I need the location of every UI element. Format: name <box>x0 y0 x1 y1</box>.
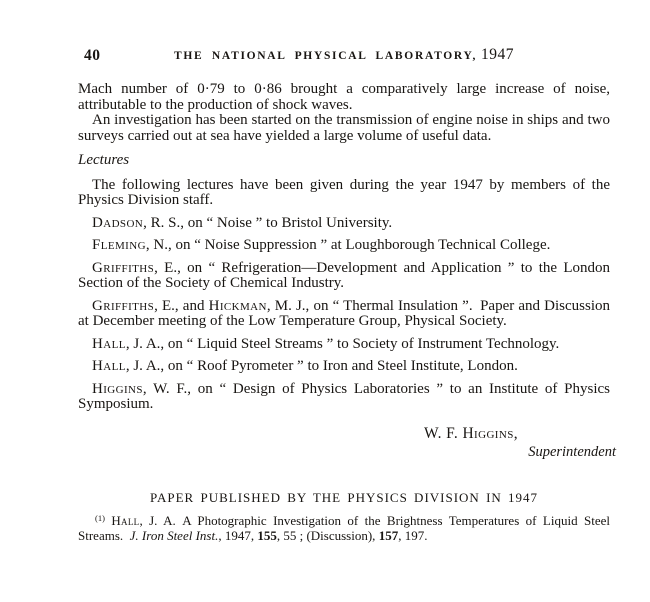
lecturer-name: Hickman <box>209 298 267 314</box>
reference-text: , 197. <box>398 528 427 543</box>
reference-text: , 55 ; (Discussion), <box>277 528 379 543</box>
lecture-item-hall-roof-pyrometer: Hall, J. A., on “ Roof Pyrometer ” to Ir… <box>78 359 610 375</box>
papers-section-heading: PAPER PUBLISHED BY THE PHYSICS DIVISION … <box>78 490 610 506</box>
lecturer-name: Griffiths <box>92 298 154 314</box>
lecturer-name: Fleming <box>92 237 146 253</box>
lecture-text: , J. A., on “ Liquid Steel Streams ” to … <box>126 336 559 352</box>
lecture-text: , E., on “ Refrigeration—Development and… <box>78 260 610 292</box>
lecture-item-fleming: Fleming, N., on “ Noise Suppression ” at… <box>78 238 610 254</box>
lectures-heading: Lectures <box>78 153 610 169</box>
running-title: THE NATIONAL PHYSICAL LABORATORY,1947 <box>78 46 610 64</box>
paper-reference: (1) Hall, J. A. A Photographic Investiga… <box>78 511 610 543</box>
lecturer-name: Griffiths <box>92 260 154 276</box>
author-name: Hall <box>111 513 139 528</box>
lecture-item-griffiths-refrigeration: Griffiths, E., on “ Refrigeration—Develo… <box>78 261 610 292</box>
running-title-year: 1947 <box>481 46 514 63</box>
signature-name: W. F. Higgins, <box>78 426 518 442</box>
volume-number: 155 <box>257 528 277 543</box>
lecture-text: , J. A., on “ Roof Pyrometer ” to Iron a… <box>126 358 518 374</box>
lecturer-name: Higgins <box>92 381 143 397</box>
page-number: 40 <box>84 47 101 65</box>
signature-role: Superintendent <box>78 445 616 461</box>
lecturer-name: Hall <box>92 336 126 352</box>
paragraph-mach-number: Mach number of 0·79 to 0·86 brought a co… <box>78 82 610 113</box>
lecturer-name: Dadson <box>92 215 143 231</box>
lecture-text: , N., on “ Noise Suppression ” at Loughb… <box>146 237 550 253</box>
lectures-intro: The following lectures have been given d… <box>78 178 610 209</box>
running-head: 40 THE NATIONAL PHYSICAL LABORATORY,1947 <box>78 46 610 66</box>
lecture-item-hall-liquid-steel: Hall, J. A., on “ Liquid Steel Streams ”… <box>78 337 610 353</box>
lecture-text: , R. S., on “ Noise ” to Bristol Univers… <box>143 215 392 231</box>
lecturer-name: Hall <box>92 358 126 374</box>
journal-name: J. Iron Steel Inst. <box>130 528 219 543</box>
running-title-text: THE NATIONAL PHYSICAL LABORATORY, <box>174 50 477 62</box>
lecture-item-higgins: Higgins, W. F., on “ Design of Physics L… <box>78 382 610 413</box>
signature-block: W. F. Higgins, Superintendent <box>78 426 610 461</box>
lecture-item-dadson: Dadson, R. S., on “ Noise ” to Bristol U… <box>78 216 610 232</box>
document-page: 40 THE NATIONAL PHYSICAL LABORATORY,1947… <box>0 0 650 602</box>
paragraph-investigation: An investigation has been started on the… <box>78 113 610 144</box>
lecture-item-griffiths-hickman: Griffiths, E., and Hickman, M. J., on “ … <box>78 299 610 330</box>
footnote-marker: (1) <box>95 513 105 523</box>
lecture-text: , W. F., on “ Design of Physics Laborato… <box>78 381 610 413</box>
reference-text: , 1947, <box>218 528 257 543</box>
volume-number: 157 <box>379 528 399 543</box>
lecture-text: , E., and <box>154 298 208 314</box>
